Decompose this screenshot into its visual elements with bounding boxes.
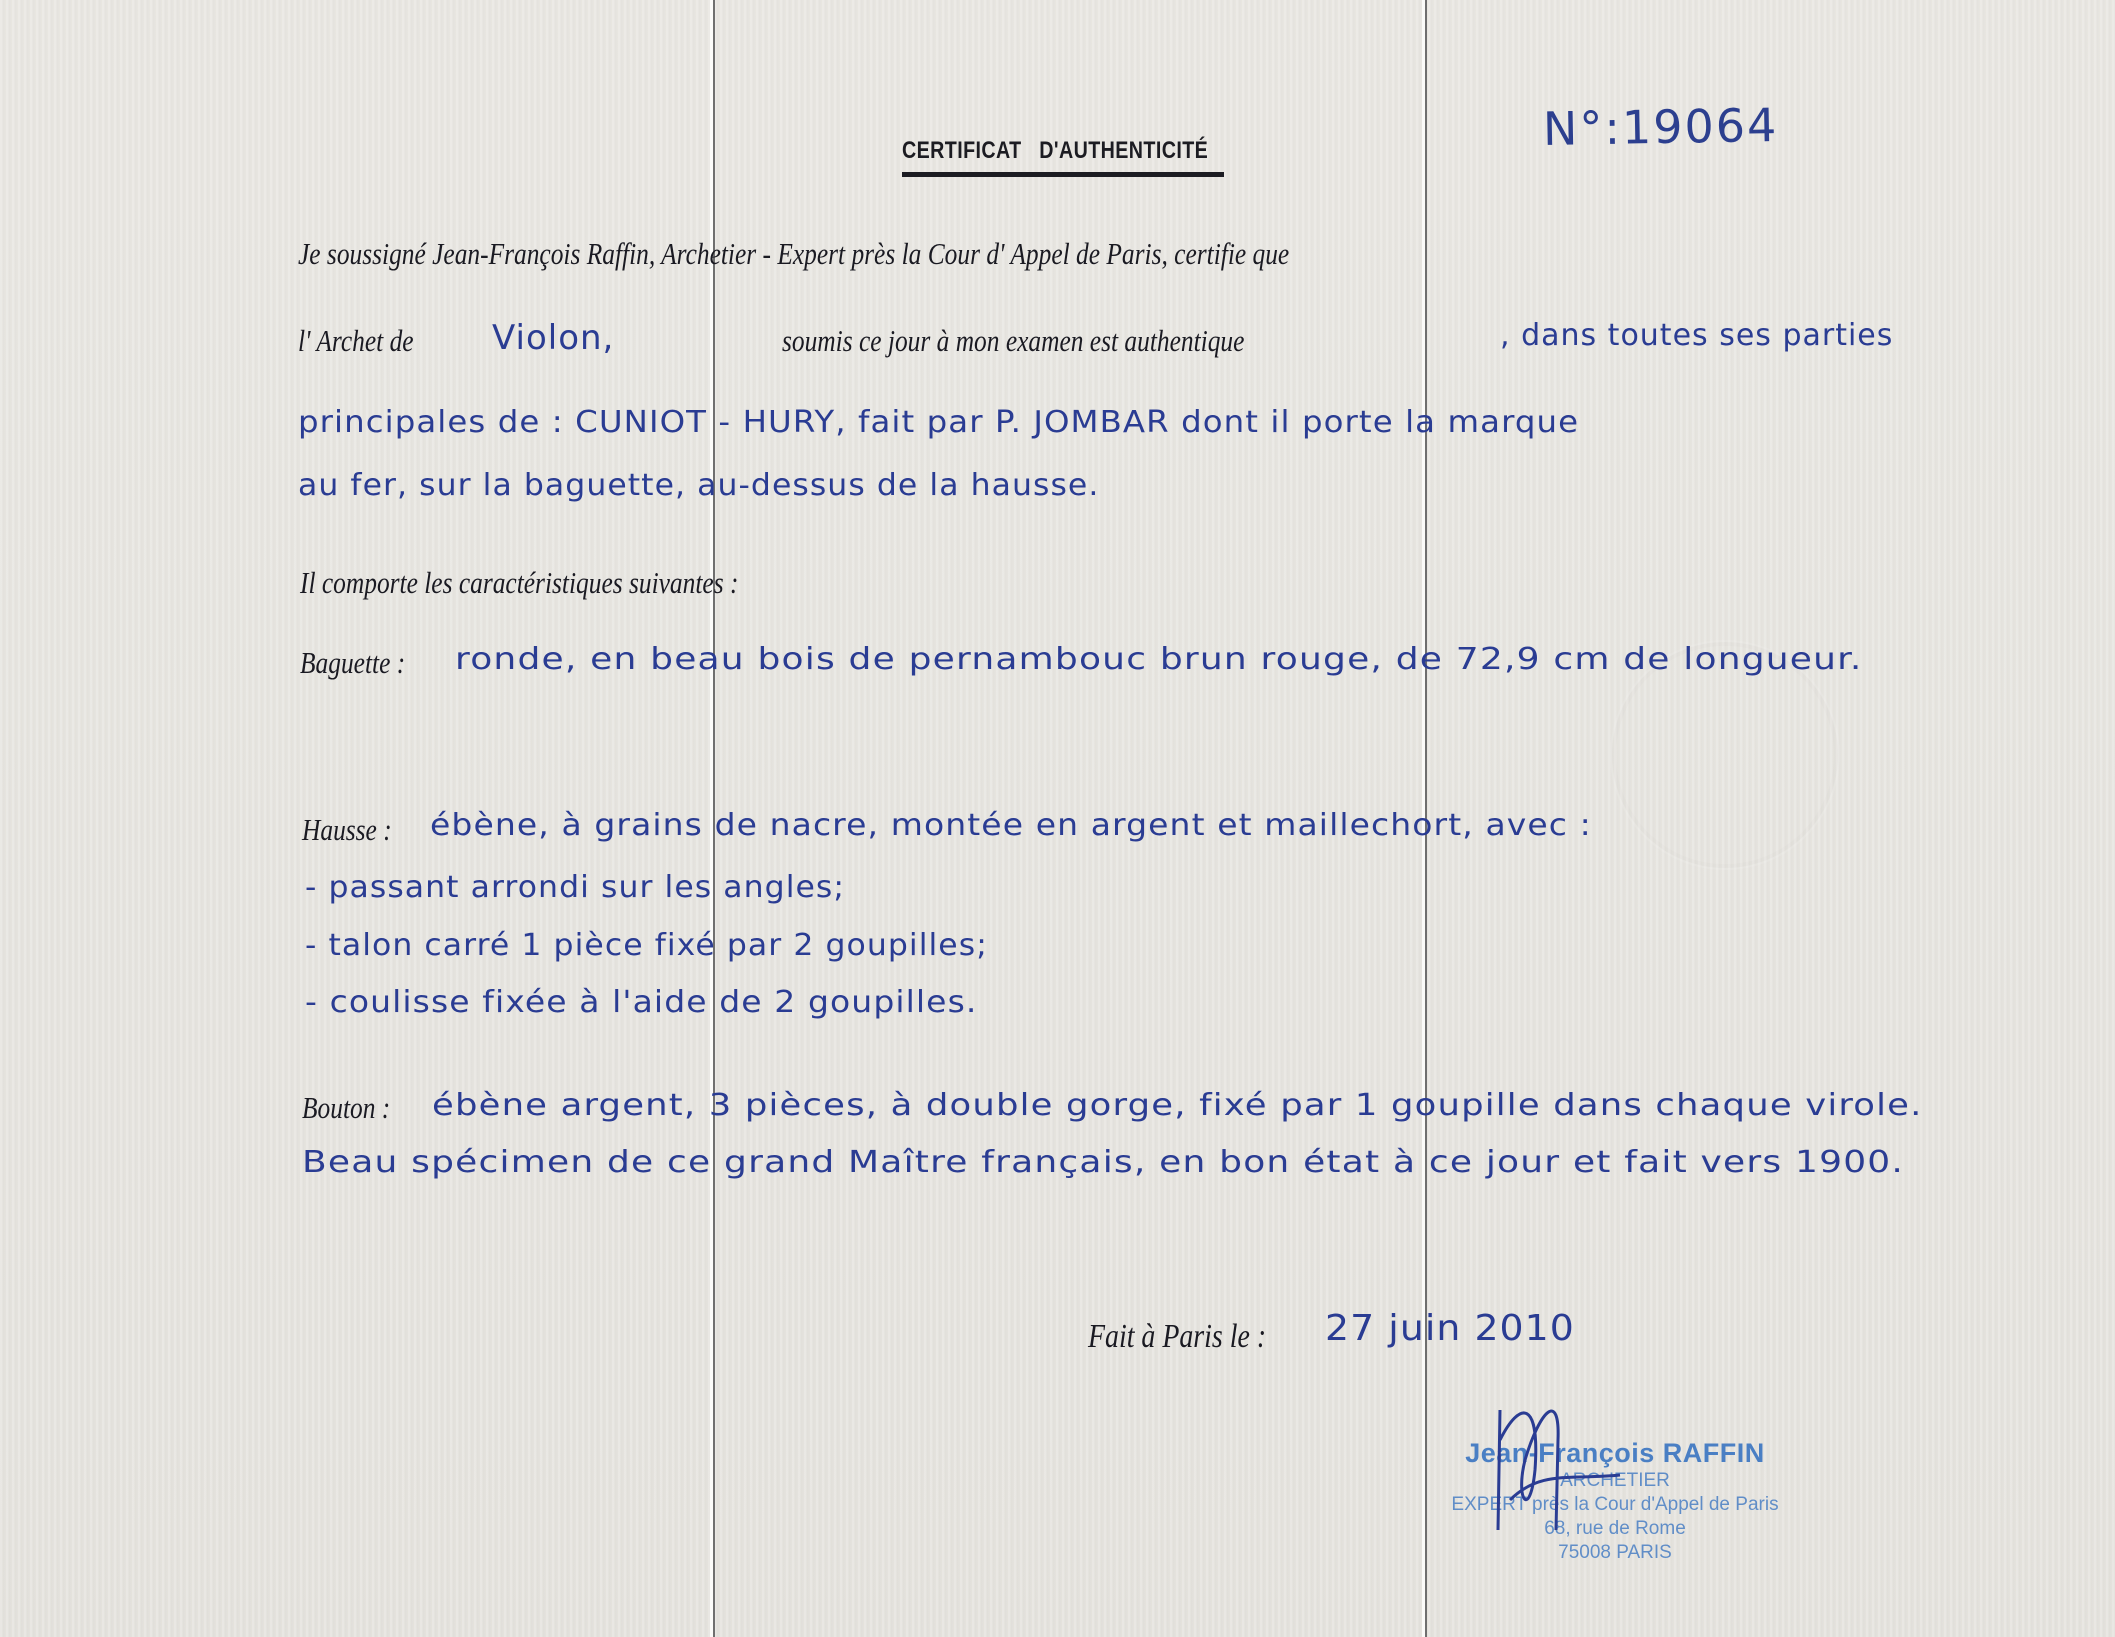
characteristics-heading: Il comporte les caractéristiques suivant…	[300, 565, 738, 601]
intro-line-1: Je soussigné Jean-François Raffin, Arche…	[298, 236, 1289, 272]
intro-line-4-handwritten: au fer, sur la baguette, au-dessus de la…	[298, 468, 1099, 503]
signature	[1480, 1380, 1680, 1550]
intro-line-2-prefix: l' Archet de	[298, 323, 414, 359]
bouton-label: Bouton :	[302, 1090, 390, 1126]
title-underline	[902, 172, 1224, 177]
baguette-value: ronde, en beau bois de pernambouc brun r…	[455, 642, 1863, 677]
hausse-value: ébène, à grains de nacre, montée en arge…	[430, 808, 1592, 843]
intro-line-3-handwritten: principales de : CUNIOT - HURY, fait par…	[298, 405, 1579, 440]
intro-line-2-handwritten: , dans toutes ses parties	[1500, 318, 1893, 353]
hausse-item-3: - coulisse fixée à l'aide de 2 goupilles…	[305, 985, 977, 1020]
instrument-handwritten: Violon,	[492, 318, 614, 358]
document-title: CERTIFICAT D'AUTHENTICITÉ	[902, 137, 1208, 165]
hausse-item-2: - talon carré 1 pièce fixé par 2 goupill…	[305, 928, 988, 963]
hausse-label: Hausse :	[302, 812, 392, 848]
certificate-number: N°:19064	[1543, 98, 1779, 156]
closing-label: Fait à Paris le :	[1088, 1318, 1266, 1356]
final-remark: Beau spécimen de ce grand Maître françai…	[302, 1145, 1904, 1180]
closing-date: 27 juin 2010	[1325, 1308, 1575, 1349]
intro-line-2-middle: soumis ce jour à mon examen est authenti…	[782, 323, 1244, 359]
hausse-item-1: - passant arrondi sur les angles;	[305, 870, 845, 905]
baguette-label: Baguette :	[300, 645, 405, 681]
bouton-value: ébène argent, 3 pièces, à double gorge, …	[432, 1088, 1923, 1123]
